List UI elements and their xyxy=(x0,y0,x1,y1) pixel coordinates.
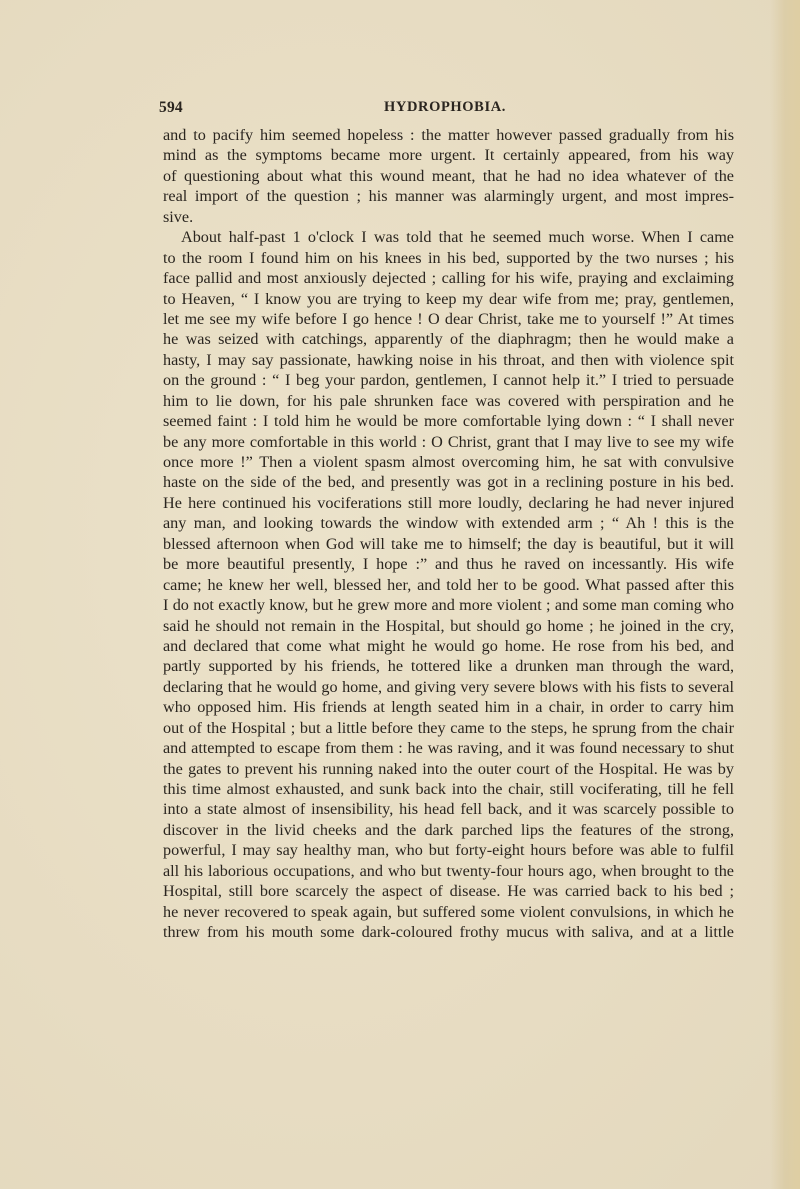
text-line: the gates to prevent his running naked i… xyxy=(163,759,734,779)
text-line: be more beautiful presently, I hope :” a… xyxy=(163,554,734,574)
text-line: Hospital, still bore scarcely the aspect… xyxy=(163,881,734,901)
text-line: threw from his mouth some dark-coloured … xyxy=(163,922,734,942)
text-line: and declared that come what might he wou… xyxy=(163,636,734,656)
text-line: he was seized with catchings, apparently… xyxy=(163,329,734,349)
text-line: on the ground : “ I beg your pardon, gen… xyxy=(163,370,734,390)
text-line: About half-past 1 o'clock I was told tha… xyxy=(163,227,734,247)
text-line: him to lie down, for his pale shrunken f… xyxy=(163,391,734,411)
text-line: of questioning about what this wound mea… xyxy=(163,166,734,186)
text-line: all his laborious occupations, and who b… xyxy=(163,861,734,881)
text-line: face pallid and most anxiously dejected … xyxy=(163,268,734,288)
body-text: and to pacify him seemed hopeless : the … xyxy=(163,125,734,943)
text-line: partly supported by his friends, he tott… xyxy=(163,656,734,676)
paragraph: and to pacify him seemed hopeless : the … xyxy=(163,125,734,227)
text-line: came; he knew her well, blessed her, and… xyxy=(163,575,734,595)
running-head: 594 HYDROPHOBIA. xyxy=(155,99,735,121)
text-line: and to pacify him seemed hopeless : the … xyxy=(163,125,734,145)
text-line: to the room I found him on his knees in … xyxy=(163,248,734,268)
text-line: declaring that he would go home, and giv… xyxy=(163,677,734,697)
text-line: this time almost exhausted, and sunk bac… xyxy=(163,779,734,799)
text-line: let me see my wife before I go hence ! O… xyxy=(163,309,734,329)
book-page: 594 HYDROPHOBIA. and to pacify him seeme… xyxy=(0,0,800,1189)
running-title: HYDROPHOBIA. xyxy=(155,99,735,116)
text-line: into a state almost of insensibility, hi… xyxy=(163,799,734,819)
text-line: real import of the question ; his manner… xyxy=(163,186,734,206)
text-line: out of the Hospital ; but a little befor… xyxy=(163,718,734,738)
text-line: and attempted to escape from them : he w… xyxy=(163,738,734,758)
text-line: said he should not remain in the Hospita… xyxy=(163,616,734,636)
text-line: powerful, I may say healthy man, who but… xyxy=(163,840,734,860)
text-line: be any more comfortable in this world : … xyxy=(163,432,734,452)
text-line: seemed faint : I told him he would be mo… xyxy=(163,411,734,431)
text-line: discover in the livid cheeks and the dar… xyxy=(163,820,734,840)
text-line: any man, and looking towards the window … xyxy=(163,513,734,533)
text-line: hasty, I may say passionate, hawking noi… xyxy=(163,350,734,370)
text-line: who opposed him. His friends at length s… xyxy=(163,697,734,717)
text-line: mind as the symptoms became more urgent.… xyxy=(163,145,734,165)
text-line: He here continued his vociferations stil… xyxy=(163,493,734,513)
text-line: to Heaven, “ I know you are trying to ke… xyxy=(163,289,734,309)
text-line: he never recovered to speak again, but s… xyxy=(163,902,734,922)
text-line: blessed afternoon when God will take me … xyxy=(163,534,734,554)
text-line: haste on the side of the bed, and presen… xyxy=(163,472,734,492)
text-line: sive. xyxy=(163,207,734,227)
text-line: once more !” Then a violent spasm almost… xyxy=(163,452,734,472)
text-line: I do not exactly know, but he grew more … xyxy=(163,595,734,615)
paragraph: About half-past 1 o'clock I was told tha… xyxy=(163,227,734,942)
